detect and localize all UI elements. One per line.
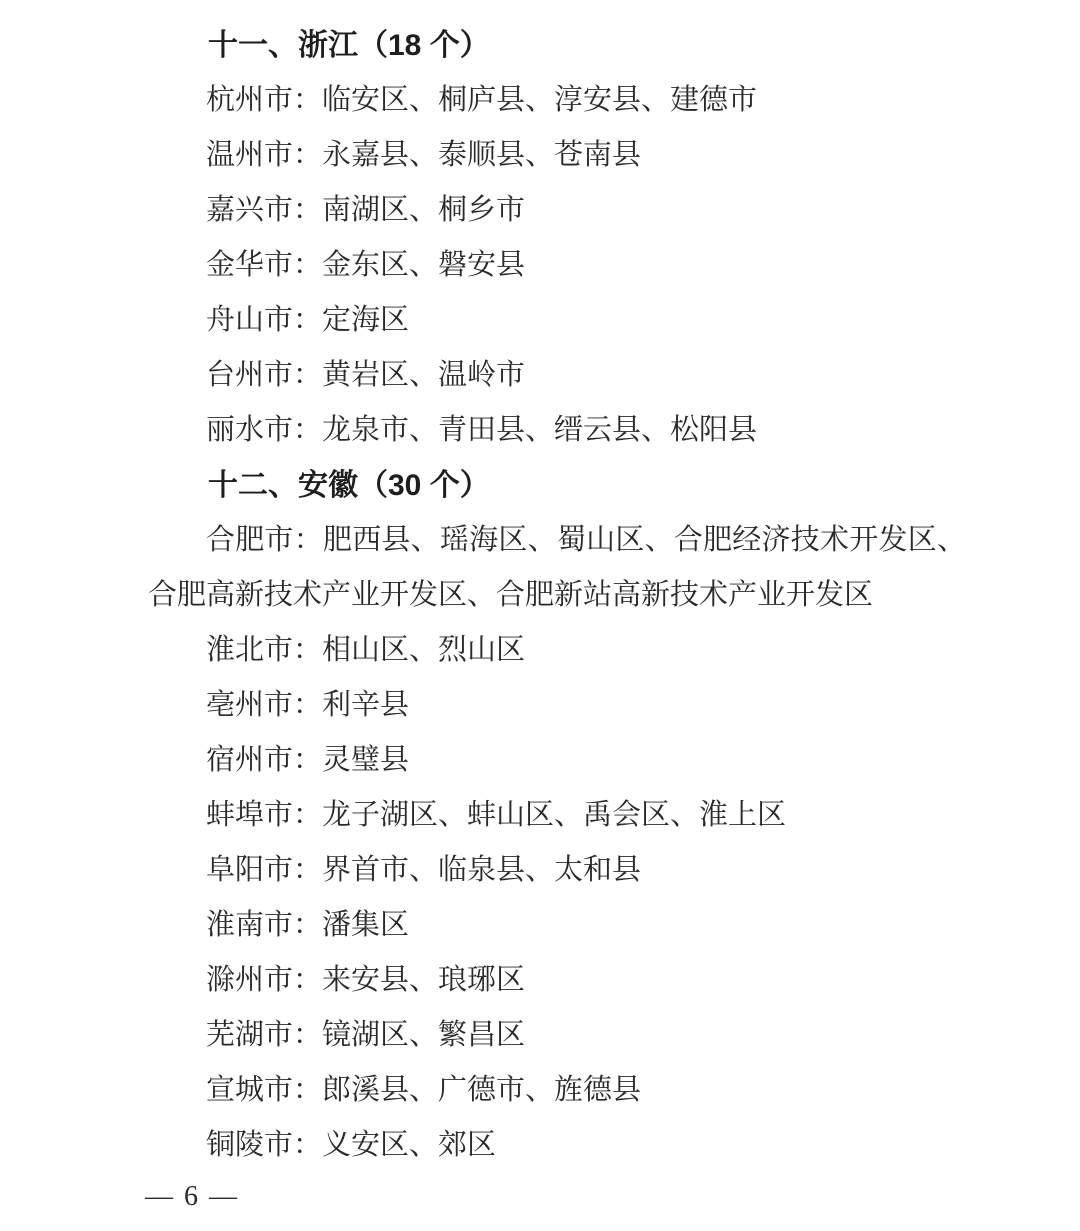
- city-entry: 芜湖市：镜湖区、繁昌区: [148, 1008, 966, 1063]
- city-entry: 淮南市：潘集区: [148, 898, 966, 953]
- city-entry: 金华市：金东区、磐安县: [148, 238, 966, 293]
- city-entry: 蚌埠市：龙子湖区、蚌山区、禹会区、淮上区: [148, 788, 966, 843]
- document-page: 十一、浙江（18 个）杭州市：临安区、桐庐县、淳安县、建德市温州市：永嘉县、泰顺…: [0, 0, 1080, 1231]
- page-number: — 6 —: [145, 1172, 239, 1222]
- city-entry: 阜阳市：界首市、临泉县、太和县: [148, 843, 966, 898]
- section-heading: 十一、浙江（18 个）: [148, 18, 966, 73]
- city-entry: 亳州市：利辛县: [148, 678, 966, 733]
- city-entry: 淮北市：相山区、烈山区: [148, 623, 966, 678]
- city-entry: 宣城市：郎溪县、广德市、旌德县: [148, 1063, 966, 1118]
- city-entry: 杭州市：临安区、桐庐县、淳安县、建德市: [148, 73, 966, 128]
- section-heading: 十二、安徽（30 个）: [148, 458, 966, 513]
- city-entry: 舟山市：定海区: [148, 293, 966, 348]
- city-entry: 温州市：永嘉县、泰顺县、苍南县: [148, 128, 966, 183]
- city-entry: 铜陵市：义安区、郊区: [148, 1118, 966, 1173]
- city-entry: 台州市：黄岩区、温岭市: [148, 348, 966, 403]
- city-entry: 嘉兴市：南湖区、桐乡市: [148, 183, 966, 238]
- city-entry: 丽水市：龙泉市、青田县、缙云县、松阳县: [148, 403, 966, 458]
- city-entry: 滁州市：来安县、琅琊区: [148, 953, 966, 1008]
- city-entry: 合肥市：肥西县、瑶海区、蜀山区、合肥经济技术开发区、合肥高新技术产业开发区、合肥…: [148, 513, 966, 623]
- city-entry: 宿州市：灵璧县: [148, 733, 966, 788]
- document-body: 十一、浙江（18 个）杭州市：临安区、桐庐县、淳安县、建德市温州市：永嘉县、泰顺…: [148, 18, 966, 1173]
